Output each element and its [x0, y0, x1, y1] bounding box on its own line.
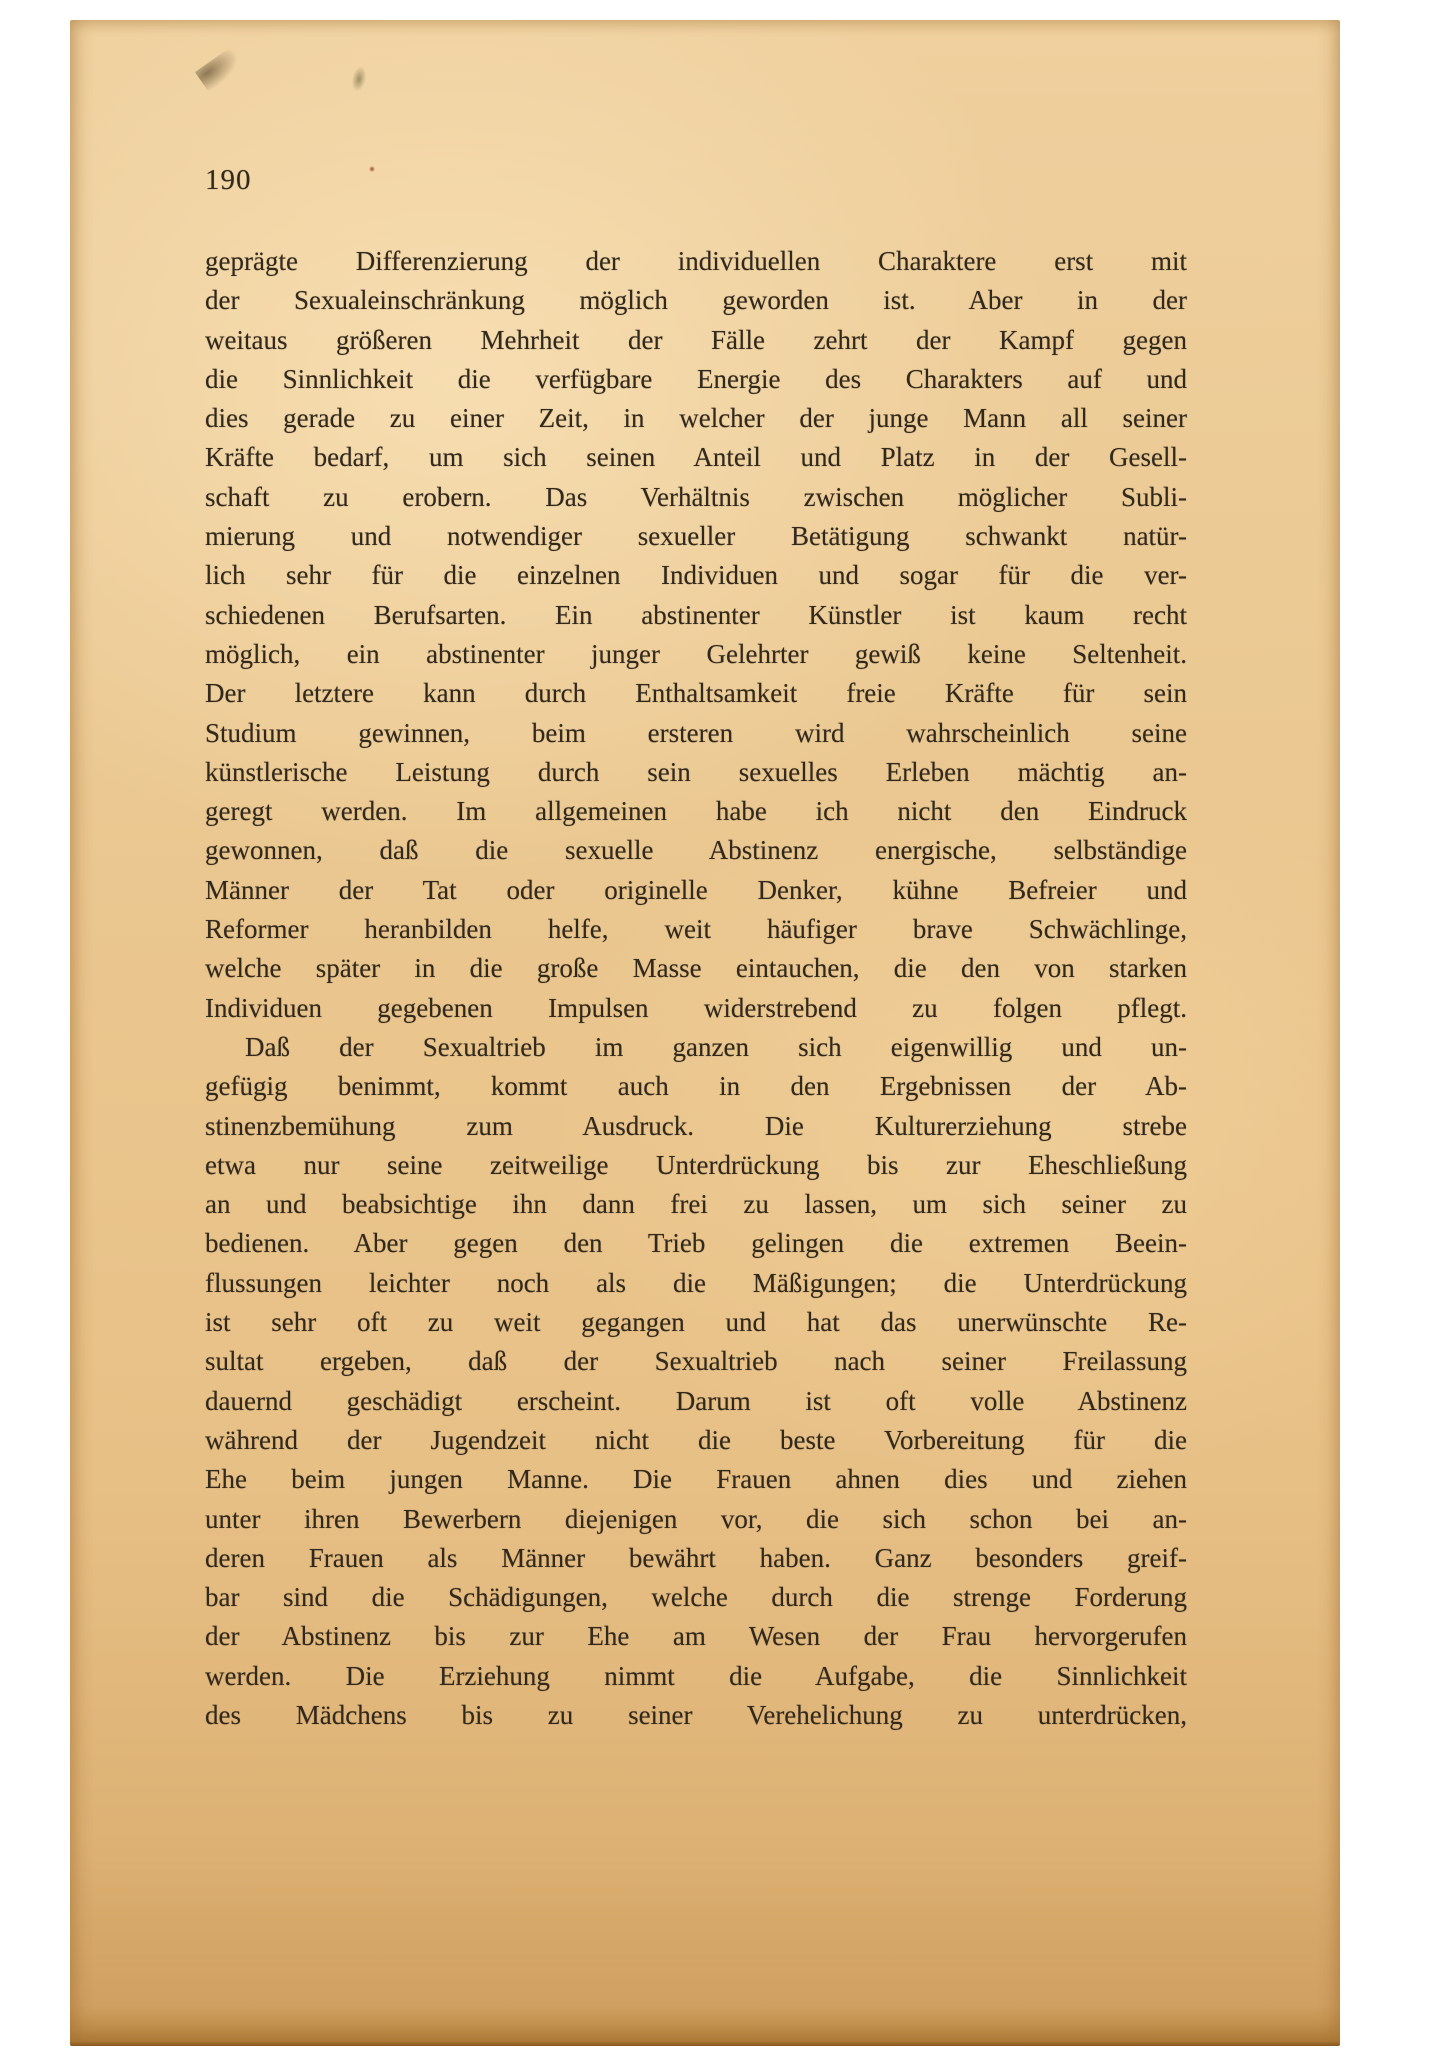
text-line: Ehe beim jungen Manne. Die Frauen ahnen …: [205, 1460, 1187, 1499]
text-line: während der Jugendzeit nicht die beste V…: [205, 1421, 1187, 1460]
page-number: 190: [205, 164, 252, 197]
text-line: gewonnen, daß die sexuelle Abstinenz ene…: [205, 831, 1187, 870]
page-corner-shadow: [195, 45, 249, 94]
text-line: stinenzbemühung zum Ausdruck. Die Kultur…: [205, 1107, 1187, 1146]
text-line: Studium gewinnen, beim ersteren wird wah…: [205, 714, 1187, 753]
paper-speck: [369, 166, 375, 172]
text-line: der Sexualeinschränkung möglich geworden…: [205, 281, 1187, 320]
text-line: Kräfte bedarf, um sich seinen Anteil und…: [205, 438, 1187, 477]
text-line: werden. Die Erziehung nimmt die Aufgabe,…: [205, 1657, 1187, 1696]
text-line: unter ihren Bewerbern diejenigen vor, di…: [205, 1500, 1187, 1539]
page-text: geprägte Differenzierung der individuell…: [205, 242, 1187, 1735]
text-line: möglich, ein abstinenter junger Gelehrte…: [205, 635, 1187, 674]
text-line: des Mädchens bis zu seiner Verehelichung…: [205, 1696, 1187, 1735]
text-line: künstlerische Leistung durch sein sexuel…: [205, 753, 1187, 792]
scanned-page: 190 geprägte Differenzierung der individ…: [0, 0, 1435, 2068]
text-line: dauernd geschädigt erscheint. Darum ist …: [205, 1382, 1187, 1421]
text-line: etwa nur seine zeitweilige Unterdrückung…: [205, 1146, 1187, 1185]
text-line: Reformer heranbilden helfe, weit häufige…: [205, 910, 1187, 949]
paper-blemish: [349, 65, 368, 93]
text-line: die Sinnlichkeit die verfügbare Energie …: [205, 360, 1187, 399]
text-line: deren Frauen als Männer bewährt haben. G…: [205, 1539, 1187, 1578]
text-line: flussungen leichter noch als die Mäßigun…: [205, 1264, 1187, 1303]
text-line: Der letztere kann durch Enthaltsamkeit f…: [205, 674, 1187, 713]
text-line: dies gerade zu einer Zeit, in welcher de…: [205, 399, 1187, 438]
text-line: an und beabsichtige ihn dann frei zu las…: [205, 1185, 1187, 1224]
text-line: schaft zu erobern. Das Verhältnis zwisch…: [205, 478, 1187, 517]
text-line: geregt werden. Im allgemeinen habe ich n…: [205, 792, 1187, 831]
text-line: schiedenen Berufsarten. Ein abstinenter …: [205, 596, 1187, 635]
text-line: bedienen. Aber gegen den Trieb gelingen …: [205, 1224, 1187, 1263]
book-page: 190 geprägte Differenzierung der individ…: [70, 20, 1340, 2046]
text-line: lich sehr für die einzelnen Individuen u…: [205, 556, 1187, 595]
text-line: welche später in die große Masse eintauc…: [205, 949, 1187, 988]
text-line: ist sehr oft zu weit gegangen und hat da…: [205, 1303, 1187, 1342]
text-line: weitaus größeren Mehrheit der Fälle zehr…: [205, 321, 1187, 360]
text-line: Männer der Tat oder originelle Denker, k…: [205, 871, 1187, 910]
text-line: Individuen gegebenen Impulsen widerstreb…: [205, 989, 1187, 1028]
text-line: bar sind die Schädigungen, welche durch …: [205, 1578, 1187, 1617]
text-line: geprägte Differenzierung der individuell…: [205, 242, 1187, 281]
text-line: sultat ergeben, daß der Sexualtrieb nach…: [205, 1342, 1187, 1381]
text-line: gefügig benimmt, kommt auch in den Ergeb…: [205, 1067, 1187, 1106]
text-line: mierung und notwendiger sexueller Betäti…: [205, 517, 1187, 556]
text-line: der Abstinenz bis zur Ehe am Wesen der F…: [205, 1617, 1187, 1656]
text-line: Daß der Sexualtrieb im ganzen sich eigen…: [205, 1028, 1187, 1067]
